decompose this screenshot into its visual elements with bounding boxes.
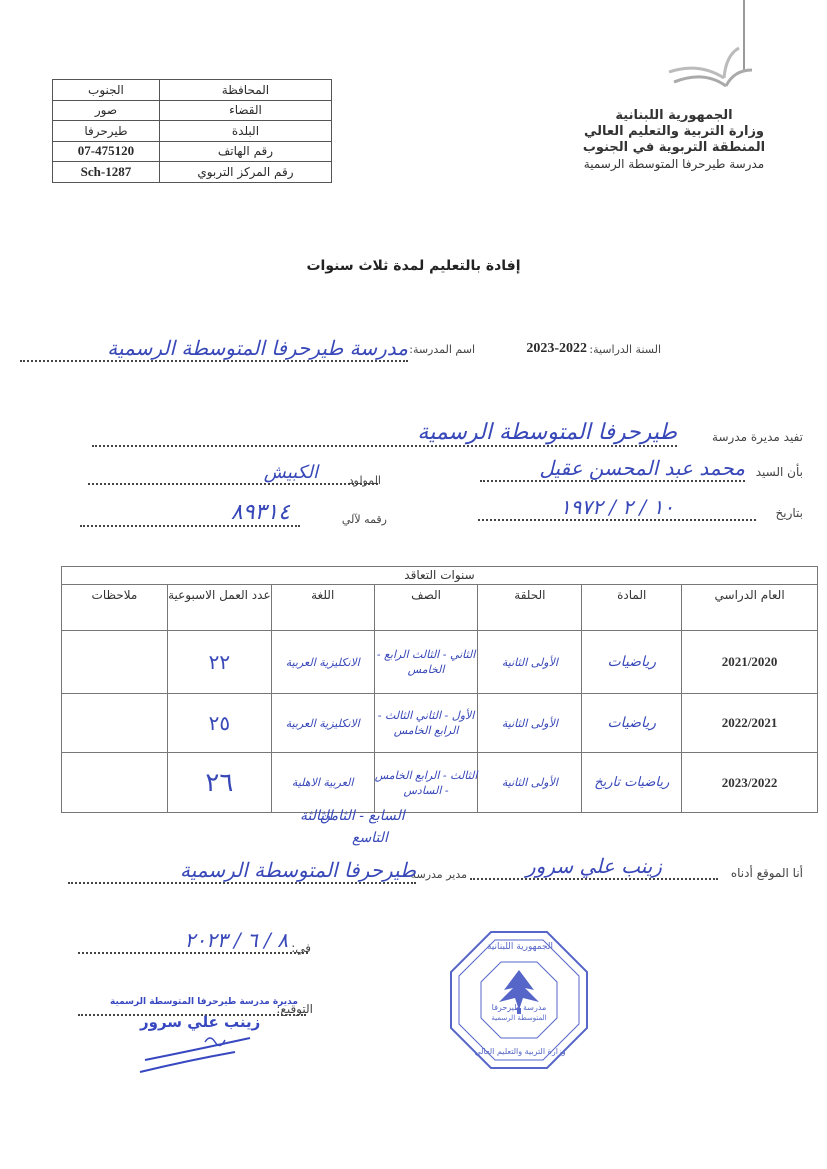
info-row: رقم الهاتف 07-475120 xyxy=(53,141,332,162)
date-label: بتاريخ xyxy=(776,506,804,520)
cell-language: العربية الاهلية xyxy=(271,753,374,813)
document-title: إفادة بالتعليم لمدة ثلاث سنوات xyxy=(0,258,827,274)
table-header-row: العام الدراسي المادة الحلقة الصف اللغة ع… xyxy=(62,585,818,631)
info-value: 07-475120 xyxy=(53,141,160,162)
cell-year: 2022/2021 xyxy=(682,694,818,753)
signature-stamp-line-1: مديرة مدرسة طيرحرفا المتوسطة الرسمية xyxy=(110,997,298,1007)
principal-label: تفيد مديرة مدرسة xyxy=(712,430,803,444)
cell-language: الانكليزية العربية xyxy=(271,694,374,753)
cell-grade: الثالث - الرابع الخامس - السادس xyxy=(374,753,478,813)
stamp-outer-text: الجمهورية اللبنانية xyxy=(468,942,572,952)
info-value: Sch-1287 xyxy=(53,162,160,183)
teacher-name-value: محمد عبد المحسن عقيل xyxy=(480,456,745,482)
cell-grade: الثاني - الثالث الرابع - الخامس xyxy=(374,631,478,694)
cell-notes xyxy=(62,694,168,753)
info-row: المحافظة الجنوب xyxy=(53,80,332,101)
info-row: القضاء صور xyxy=(53,100,332,121)
column-header: اللغة xyxy=(271,585,374,631)
info-value: الجنوب xyxy=(53,80,160,101)
cell-weekly-hours: ٢٦ xyxy=(167,753,271,813)
info-row: رقم المركز التربوي Sch-1287 xyxy=(53,162,332,183)
cell-subject: رياضيات xyxy=(582,631,682,694)
table-row: 2021/2020 رياضيات الأولى الثانية الثاني … xyxy=(62,631,818,694)
letterhead-line-1: الجمهورية اللبنانية xyxy=(559,108,789,124)
overflow-note-grade-9: التاسع xyxy=(352,830,388,846)
stamp-inner-line-1: مدرسة طيرحرفا xyxy=(479,1003,559,1012)
table-group-header-row: سنوات التعاقد xyxy=(62,567,818,585)
info-label: القضاء xyxy=(159,100,331,121)
letterhead-line-3: المنطقة التربوية في الجنوب xyxy=(559,140,789,156)
group-header: سنوات التعاقد xyxy=(62,567,818,585)
table-row: 2023/2022 رياضيات تاريخ الأولى الثانية ا… xyxy=(62,753,818,813)
info-label: رقم المركز التربوي xyxy=(159,162,331,183)
cell-weekly-hours: ٢٥ xyxy=(167,694,271,753)
letterhead-line-2: وزارة التربية والتعليم العالي xyxy=(559,124,789,140)
column-header: الصف xyxy=(374,585,478,631)
academic-year-label: السنة الدراسية: xyxy=(589,343,661,356)
school-name-label: اسم المدرسة: xyxy=(409,343,475,356)
director-label: مدير مدرسة xyxy=(411,868,467,881)
info-label: المحافظة xyxy=(159,80,331,101)
birth-date-value: ١٠ / ٢ / ١٩٧٢ xyxy=(478,495,756,521)
info-row: البلدة طيرحرفا xyxy=(53,121,332,142)
open-book-logo-icon xyxy=(664,0,754,95)
cell-subject: رياضيات تاريخ xyxy=(582,753,682,813)
column-header: الحلقة xyxy=(478,585,582,631)
cell-cycle: الأولى الثانية xyxy=(478,753,582,813)
stamp-bottom-text: وزارة التربية والتعليم العالي xyxy=(462,1047,578,1056)
contract-years-table: سنوات التعاقد العام الدراسي المادة الحلق… xyxy=(61,566,818,813)
signature-stamp-line-2: زينب علي سرور xyxy=(140,1013,260,1031)
info-value: طيرحرفا xyxy=(53,121,160,142)
cell-year: 2021/2020 xyxy=(682,631,818,694)
cell-language: الانكليزية العربية xyxy=(271,631,374,694)
id-value: ٨٩٣١٤ xyxy=(80,500,300,527)
info-value: صور xyxy=(53,100,160,121)
school-info-table: المحافظة الجنوب القضاء صور البلدة طيرحرف… xyxy=(52,79,332,183)
undersigned-name-value: زينب علي سرور xyxy=(470,854,718,880)
stamp-inner-line-2: المتوسطة الرسمية xyxy=(479,1014,559,1022)
cell-subject: رياضيات xyxy=(582,694,682,753)
undersigned-label: أنا الموقع أدناه xyxy=(731,866,803,880)
handwritten-signature-icon xyxy=(135,1030,260,1075)
born-value: الكبيش xyxy=(88,462,378,485)
cell-cycle: الأولى الثانية xyxy=(478,694,582,753)
principal-school-value: طيرحرفا المتوسطة الرسمية xyxy=(92,420,677,447)
overflow-note-grades: السابع - الثامن xyxy=(320,808,430,824)
cell-cycle: الأولى الثانية xyxy=(478,631,582,694)
column-header: المادة xyxy=(582,585,682,631)
cell-weekly-hours: ٢٢ xyxy=(167,631,271,694)
table-row: 2022/2021 رياضيات الأولى الثانية الأول -… xyxy=(62,694,818,753)
info-label: رقم الهاتف xyxy=(159,141,331,162)
column-header: العام الدراسي xyxy=(682,585,818,631)
cell-grade: الأول - الثاني الثالث - الرابع الخامس xyxy=(374,694,478,753)
signed-date-value: ٨ / ٦ / ٢٠٢٣ xyxy=(78,928,308,954)
info-label: البلدة xyxy=(159,121,331,142)
cell-notes xyxy=(62,631,168,694)
letterhead: الجمهورية اللبنانية وزارة التربية والتعل… xyxy=(559,108,789,172)
school-name-value: مدرسة طيرحرفا المتوسطة الرسمية xyxy=(20,336,408,362)
cell-year: 2023/2022 xyxy=(682,753,818,813)
cell-notes xyxy=(62,753,168,813)
column-header: عدد العمل الاسبوعية xyxy=(167,585,271,631)
column-header: ملاحظات xyxy=(62,585,168,631)
director-school-value: طيرحرفا المتوسطة الرسمية xyxy=(68,858,416,884)
id-label: رقمه لآلي xyxy=(342,513,387,526)
teacher-label: بأن السيد xyxy=(756,465,803,479)
letterhead-line-4: مدرسة طيرحرفا المتوسطة الرسمية xyxy=(559,156,789,172)
academic-year-value: 2023-2022 xyxy=(526,341,587,357)
